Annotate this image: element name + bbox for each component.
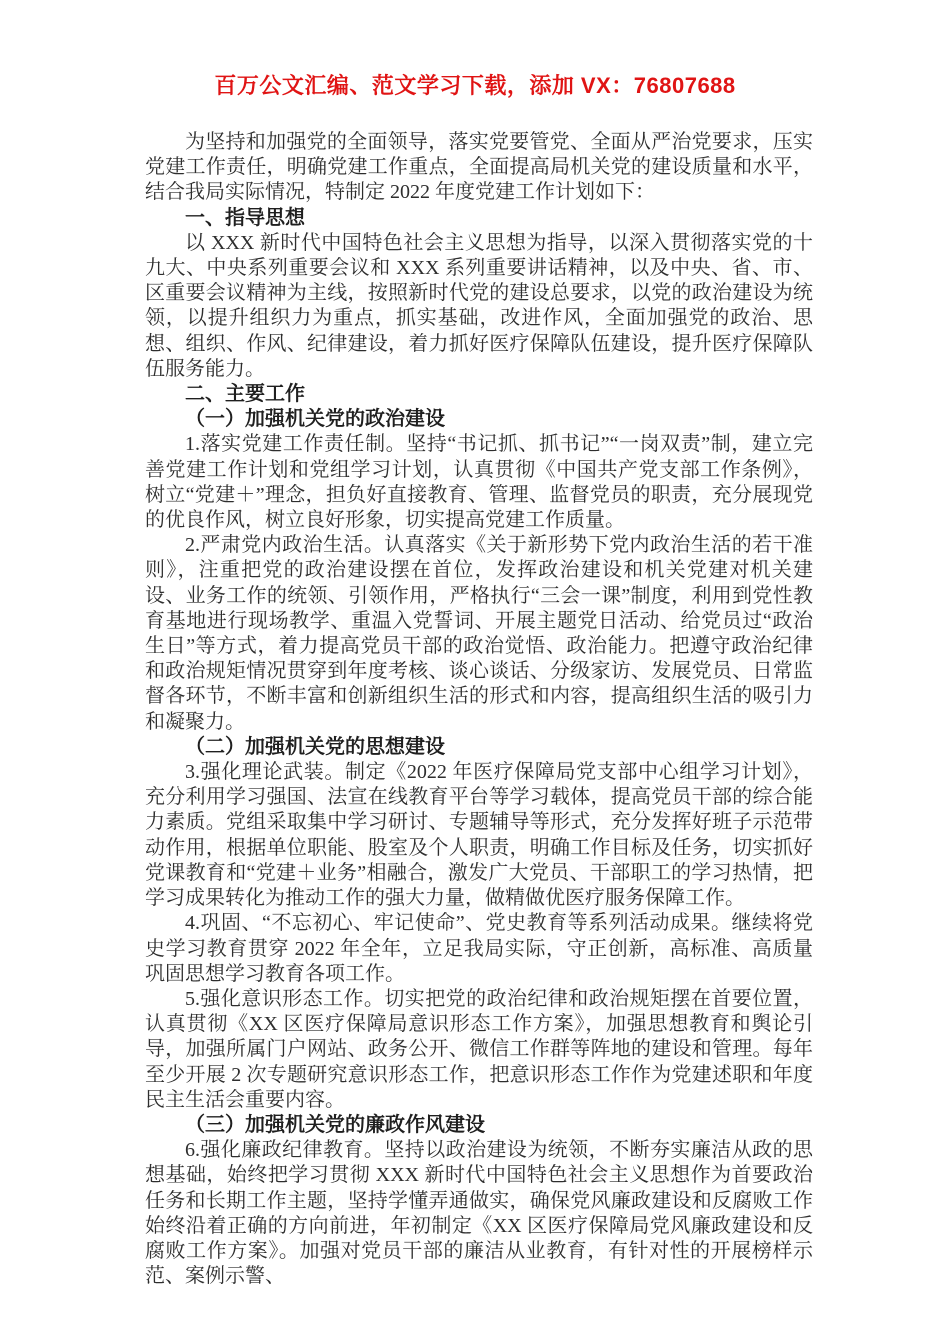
section-heading: （三）加强机关党的廉政作风建设 xyxy=(145,1113,813,1138)
section-heading: 一、指导思想 xyxy=(145,206,813,231)
paragraph: 以 XXX 新时代中国特色社会主义思想为指导，以深入贯彻落实党的十九大、中央系列… xyxy=(145,231,813,382)
document-page: 百万公文汇编、范文学习下载，添加 VX：76807688 为坚持和加强党的全面领… xyxy=(0,0,950,1344)
paragraph: 为坚持和加强党的全面领导，落实党要管党、全面从严治党要求，压实党建工作责任，明确… xyxy=(145,130,813,206)
section-heading: （一）加强机关党的政治建设 xyxy=(145,407,813,432)
paragraph: 3.强化理论武装。制定《2022 年医疗保障局党支部中心组学习计划》，充分利用学… xyxy=(145,760,813,911)
paragraph: 4.巩固、“不忘初心、牢记使命”、党史教育等系列活动成果。继续将党史学习教育贯穿… xyxy=(145,911,813,987)
paragraph: 1.落实党建工作责任制。坚持“书记抓、抓书记”“一岗双责”制，建立完善党建工作计… xyxy=(145,432,813,533)
document-body: 为坚持和加强党的全面领导，落实党要管党、全面从严治党要求，压实党建工作责任，明确… xyxy=(145,130,813,1289)
section-heading: 二、主要工作 xyxy=(145,382,813,407)
paragraph: 5.强化意识形态工作。切实把党的政治纪律和政治规矩摆在首要位置，认真贯彻《XX … xyxy=(145,987,813,1113)
paragraph: 6.强化廉政纪律教育。坚持以政治建设为统领，不断夯实廉洁从政的思想基础，始终把学… xyxy=(145,1138,813,1289)
section-heading: （二）加强机关党的思想建设 xyxy=(145,735,813,760)
header-notice: 百万公文汇编、范文学习下载，添加 VX：76807688 xyxy=(0,69,950,100)
paragraph: 2.严肃党内政治生活。认真落实《关于新形势下党内政治生活的若干准则》，注重把党的… xyxy=(145,533,813,735)
